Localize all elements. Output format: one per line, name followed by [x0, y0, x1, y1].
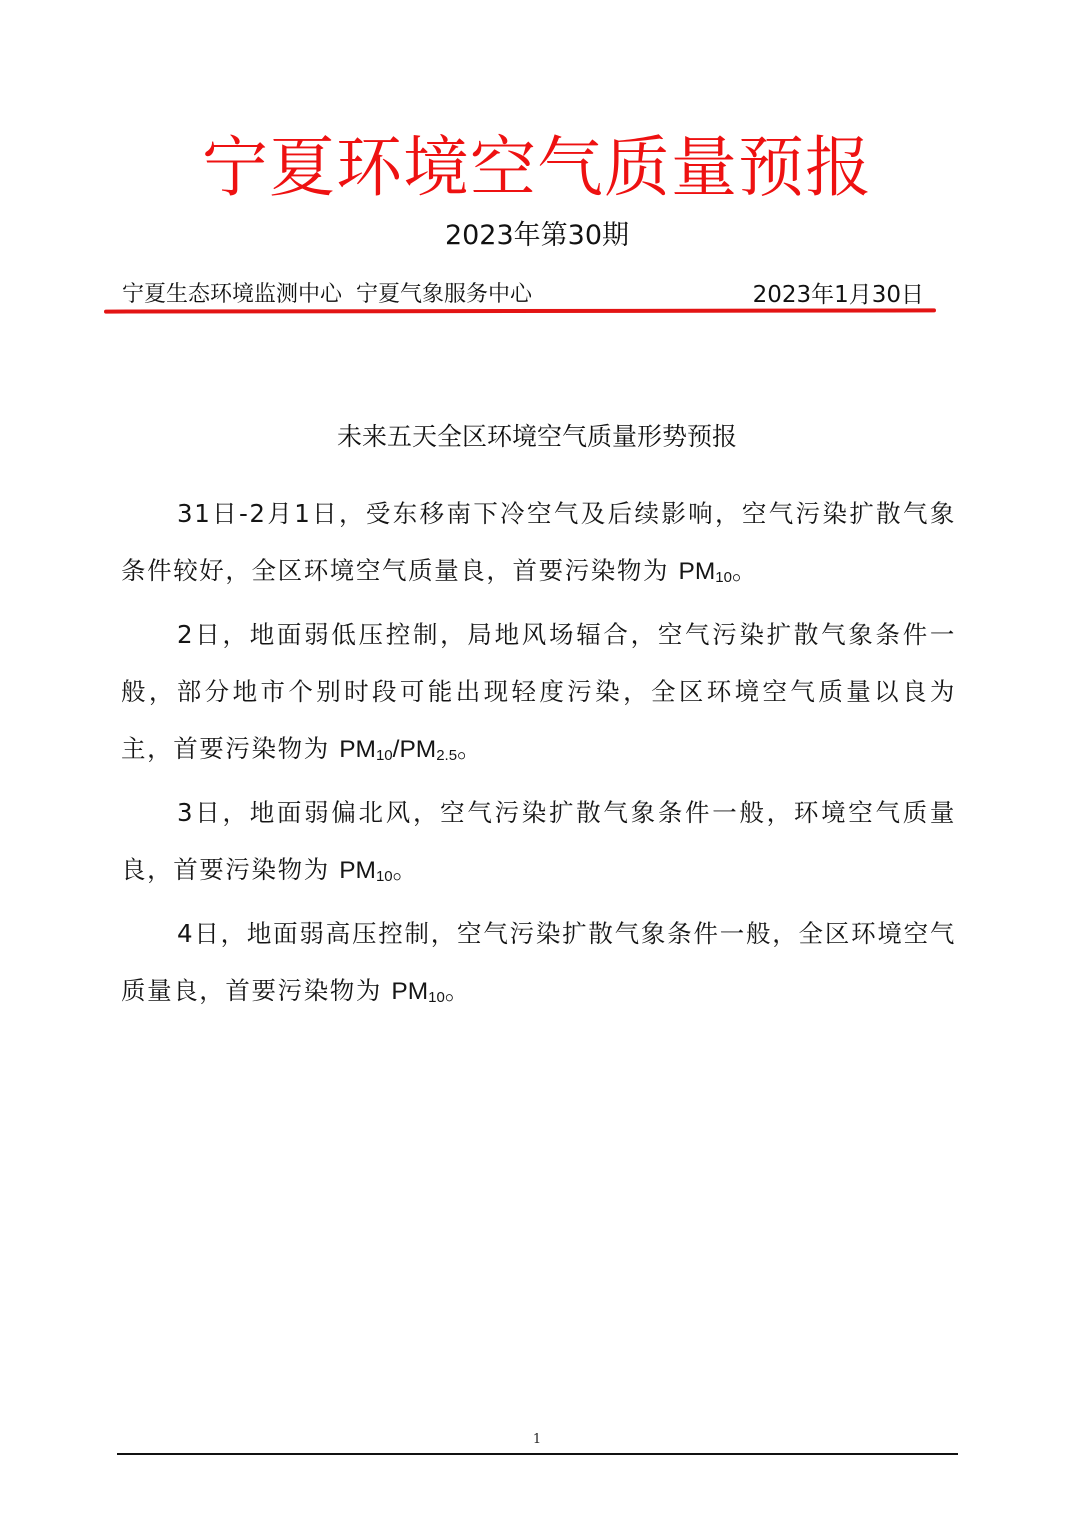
- pollutant-label: PM10/PM2.5: [339, 736, 457, 763]
- pollutant-label: PM10: [391, 978, 444, 1005]
- issue-number: 2023年第30期: [0, 218, 1074, 254]
- document-title: 宁夏环境空气质量预报: [0, 128, 1074, 208]
- masthead-info-row: 宁夏生态环境监测中心 宁夏气象服务中心 2023年1月30日: [122, 280, 924, 310]
- forecast-paragraph-day-31-1: 31日-2月1日，受东移南下冷空气及后续影响，空气污染扩散气象条件较好，全区环境…: [121, 485, 956, 606]
- forecast-paragraph-day-4: 4日，地面弱高压控制，空气污染扩散气象条件一般，全区环境空气质量良，首要污染物为…: [121, 905, 956, 1026]
- issue-date: 2023年1月30日: [753, 280, 924, 310]
- forecast-paragraph-day-2: 2日，地面弱低压控制，局地风场辐合，空气污染扩散气象条件一般，部分地市个别时段可…: [121, 606, 956, 784]
- forecast-body: 31日-2月1日，受东移南下冷空气及后续影响，空气污染扩散气象条件较好，全区环境…: [121, 485, 956, 1026]
- paragraph-text: 31日-2月1日，受东移南下冷空气及后续影响，空气污染扩散气象条件较好，全区环境…: [121, 499, 956, 585]
- page-number: 1: [0, 1432, 1074, 1447]
- footer-divider-line: [117, 1453, 958, 1455]
- pollutant-label: PM10: [679, 558, 732, 585]
- pollutant-label: PM10: [339, 857, 392, 884]
- paragraph-text: 4日，地面弱高压控制，空气污染扩散气象条件一般，全区环境空气质量良，首要污染物为: [121, 919, 956, 1005]
- issuing-organizations: 宁夏生态环境监测中心 宁夏气象服务中心: [122, 280, 532, 310]
- section-heading: 未来五天全区环境空气质量形势预报: [0, 420, 1074, 454]
- forecast-paragraph-day-3: 3日，地面弱偏北风，空气污染扩散气象条件一般，环境空气质量良，首要污染物为 PM…: [121, 784, 956, 905]
- paragraph-text: 3日，地面弱偏北风，空气污染扩散气象条件一般，环境空气质量良，首要污染物为: [121, 798, 956, 884]
- red-divider-line: [104, 308, 936, 313]
- paragraph-text: 2日，地面弱低压控制，局地风场辐合，空气污染扩散气象条件一般，部分地市个别时段可…: [121, 620, 956, 763]
